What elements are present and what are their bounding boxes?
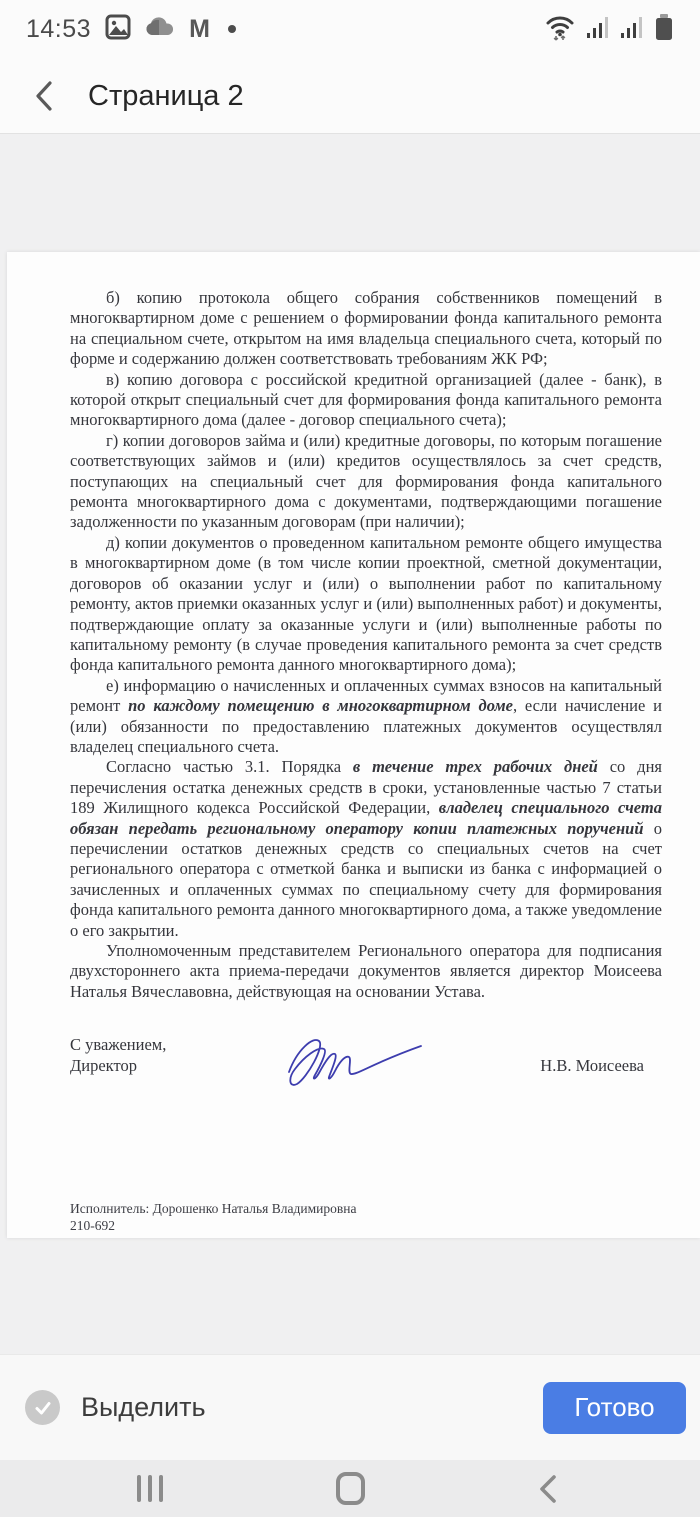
doc-paragraph: в) копию договора с российской кредитной… bbox=[70, 370, 662, 431]
recents-icon[interactable] bbox=[120, 1460, 180, 1517]
executor-block: Исполнитель: Дорошенко Наталья Владимиро… bbox=[70, 1200, 662, 1234]
signature-icon bbox=[261, 1020, 446, 1098]
done-button[interactable]: Готово bbox=[543, 1382, 686, 1434]
app-header: Страница 2 bbox=[0, 58, 700, 134]
closing-left: С уважением, Директор bbox=[70, 1034, 166, 1076]
executor-phone: 210-692 bbox=[70, 1217, 662, 1234]
closing-block: С уважением, Директор Н.В. Моисеева bbox=[70, 1034, 662, 1098]
closing-regards: С уважением, bbox=[70, 1034, 166, 1055]
status-left: 14:53 M bbox=[26, 14, 236, 45]
nav-back-icon[interactable] bbox=[518, 1460, 578, 1517]
home-icon[interactable] bbox=[320, 1460, 380, 1517]
navigation-bar bbox=[0, 1460, 700, 1517]
back-button[interactable] bbox=[22, 74, 66, 118]
doc-paragraph: е) информацию о начисленных и оплаченных… bbox=[70, 676, 662, 758]
doc-paragraph: Уполномоченным представителем Региональн… bbox=[70, 941, 662, 1002]
battery-icon bbox=[654, 13, 674, 46]
page-title: Страница 2 bbox=[88, 80, 244, 113]
signal-strength-icon-sim1 bbox=[586, 14, 610, 45]
doc-paragraph: Согласно частью 3.1. Порядка в течение т… bbox=[70, 757, 662, 941]
top-block: 14:53 M bbox=[0, 0, 700, 134]
doc-paragraph: г) копии договоров займа и (или) кредитн… bbox=[70, 431, 662, 533]
gmail-icon: M bbox=[189, 15, 210, 44]
status-right bbox=[544, 13, 674, 46]
notification-dot-icon bbox=[228, 25, 236, 33]
executor-name: Исполнитель: Дорошенко Наталья Владимиро… bbox=[70, 1200, 662, 1217]
status-time: 14:53 bbox=[26, 15, 91, 44]
gallery-icon bbox=[105, 14, 131, 45]
closing-name: Н.В. Моисеева bbox=[540, 1056, 662, 1076]
doc-paragraph: д) копии документов о проведенном капита… bbox=[70, 533, 662, 676]
signature-wrap bbox=[166, 1020, 540, 1098]
select-label[interactable]: Выделить bbox=[81, 1392, 206, 1423]
wifi-icon bbox=[544, 13, 576, 46]
select-check-icon[interactable] bbox=[25, 1390, 60, 1425]
doc-paragraph: б) копию протокола общего собрания собст… bbox=[70, 288, 662, 370]
signal-strength-icon-sim2 bbox=[620, 14, 644, 45]
document-viewer[interactable]: б) копию протокола общего собрания собст… bbox=[0, 135, 700, 1354]
action-bar: Выделить Готово bbox=[0, 1354, 700, 1460]
document-paragraphs: б) копию протокола общего собрания собст… bbox=[70, 288, 662, 1002]
phone-screen: 14:53 M bbox=[0, 0, 700, 1517]
status-bar: 14:53 M bbox=[0, 0, 700, 58]
closing-role: Директор bbox=[70, 1055, 166, 1076]
cloud-icon bbox=[145, 16, 175, 43]
document-page: б) копию протокола общего собрания собст… bbox=[7, 252, 700, 1238]
